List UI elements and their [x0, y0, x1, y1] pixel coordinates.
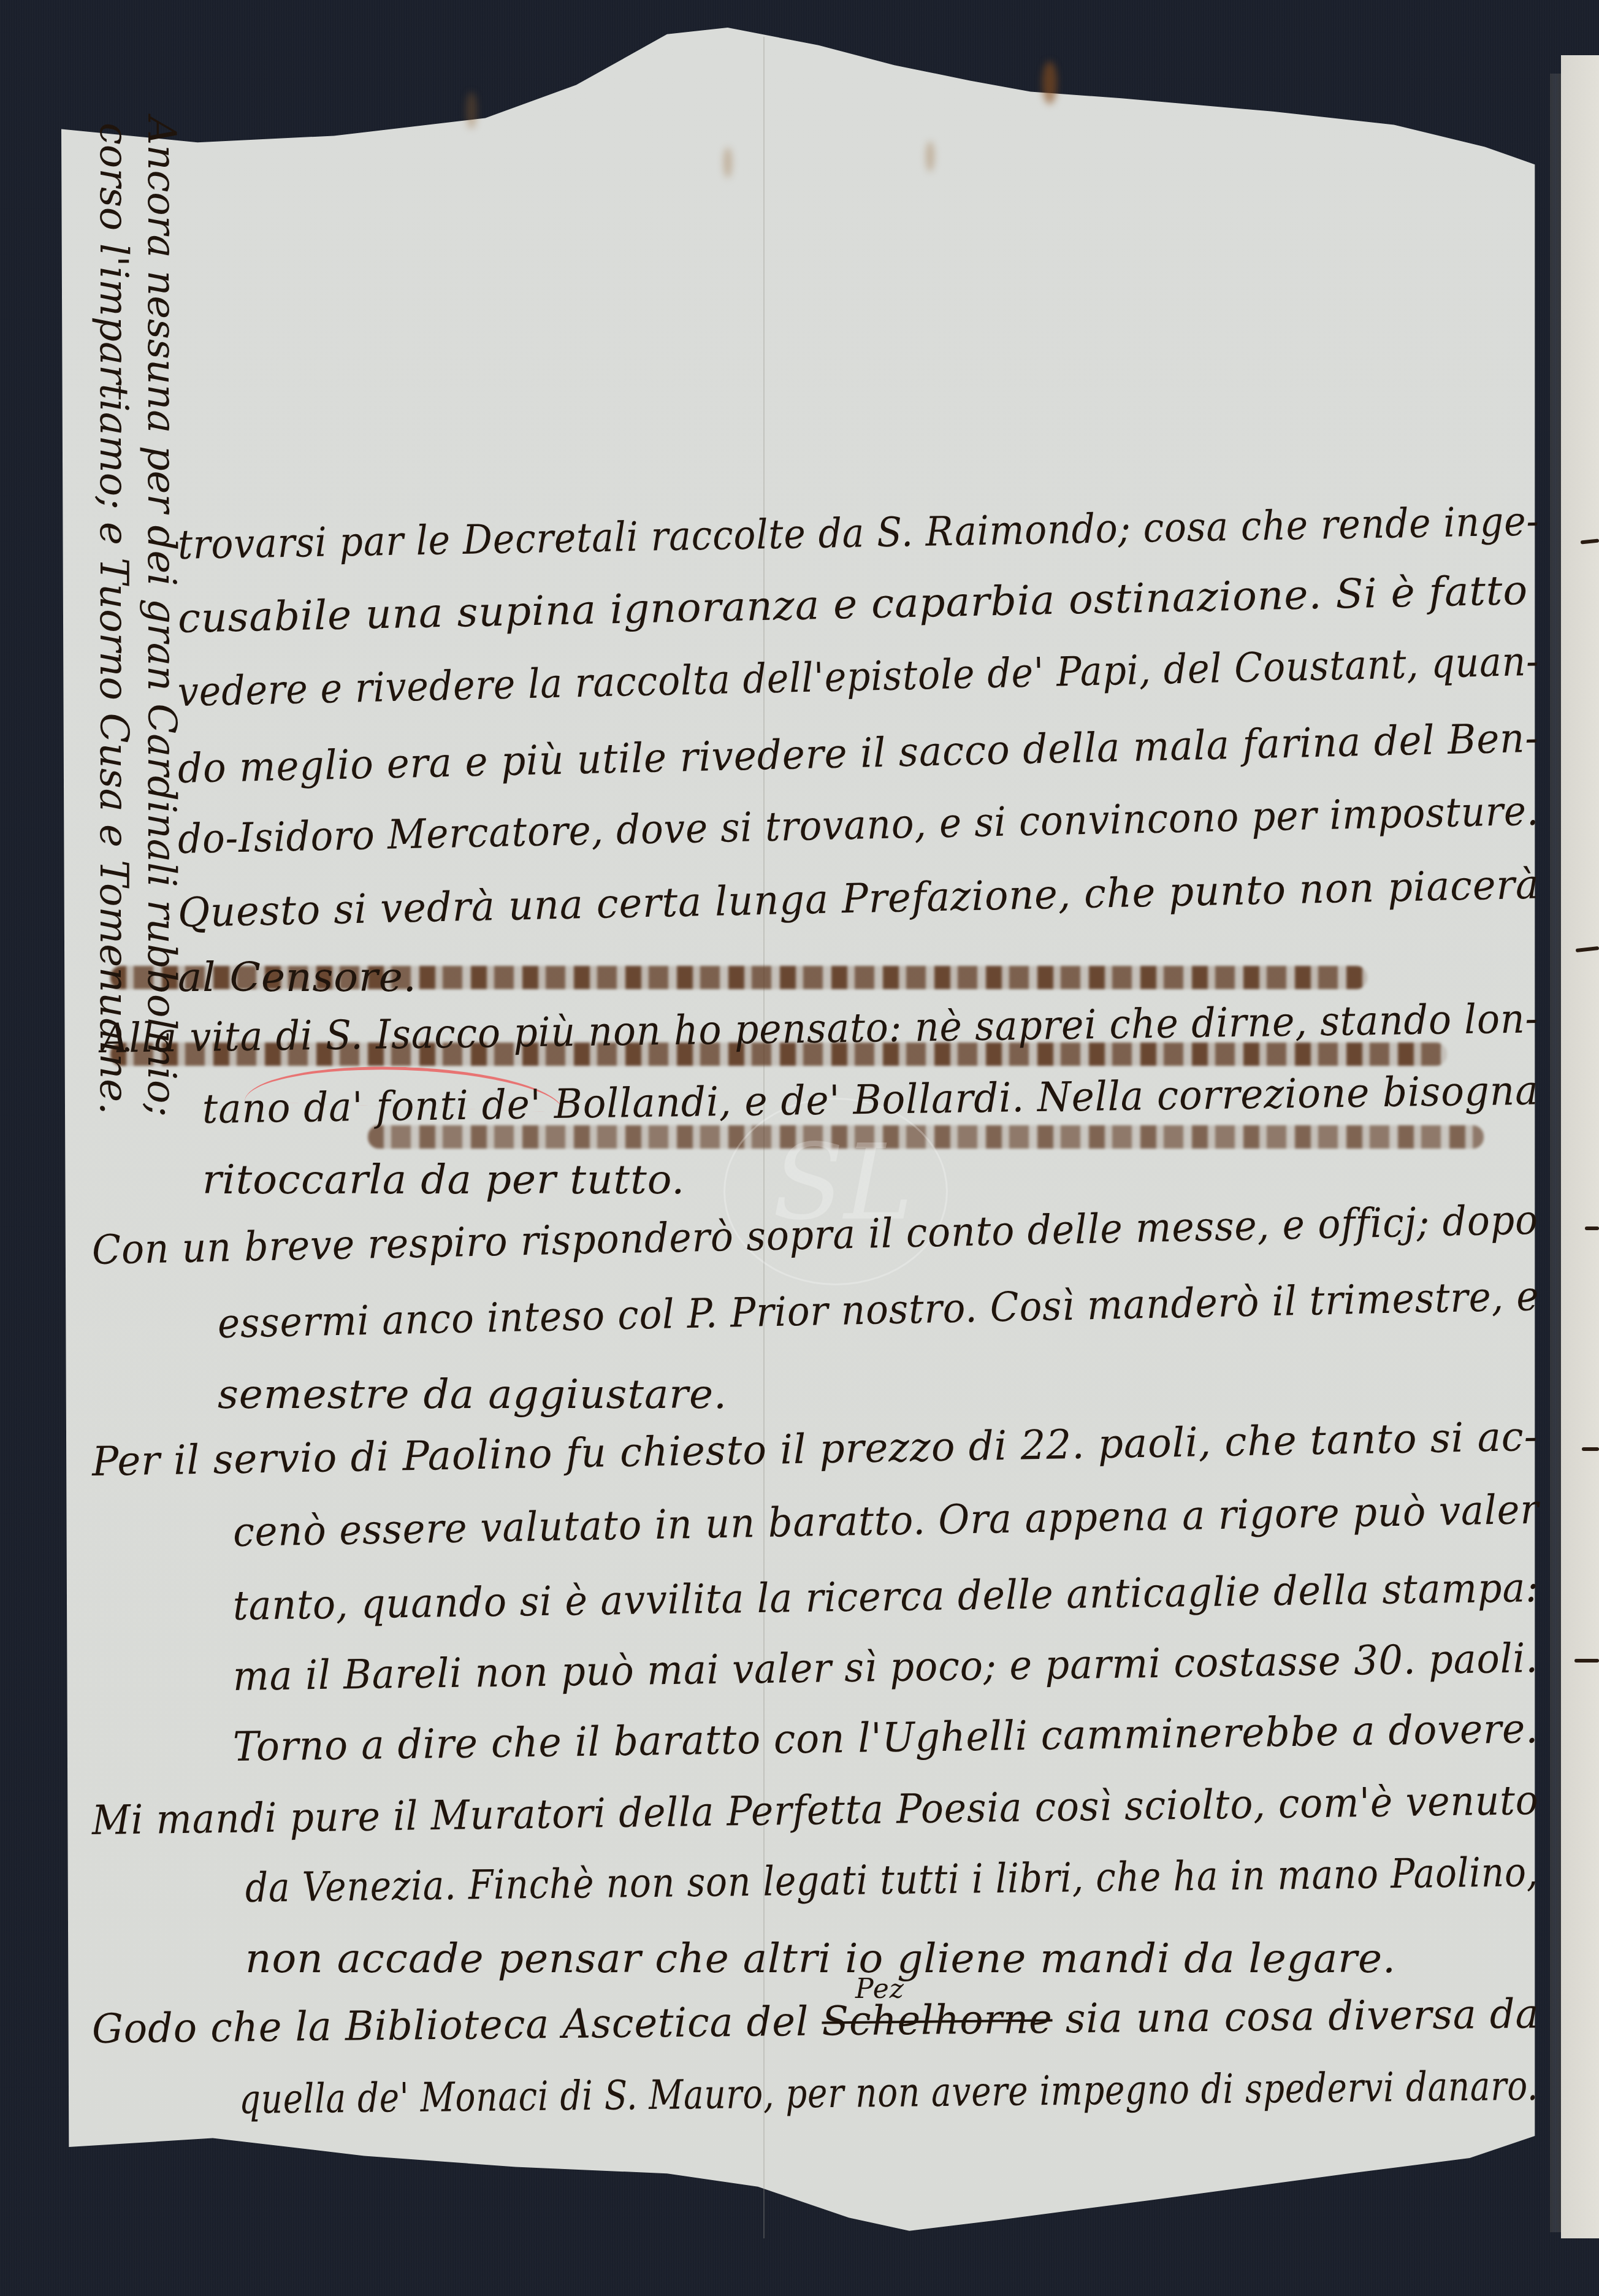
foxing-stain [926, 141, 934, 172]
text-line-22-after: sia una cosa diversa da [1052, 1990, 1540, 2042]
margin-note-2: corso l'impartiamo; e Tuorno Cusa e Tome… [91, 123, 136, 1115]
foxing-stain [1042, 61, 1057, 104]
text-line-10: ritoccarla da per tutto. [202, 1156, 685, 1203]
text-line-21: non accade pensar che altri io gliene ma… [245, 1935, 1396, 1982]
adjacent-leaf-ink [1574, 1659, 1599, 1663]
foxing-stain [723, 147, 732, 178]
adjacent-leaf-ink [1582, 1447, 1599, 1451]
superscript-insertion: Pez [855, 1973, 904, 2005]
text-line-22-before: Godo che la Biblioteca Ascetica del [92, 1998, 822, 2053]
binding-gutter [1550, 74, 1561, 2232]
adjacent-leaf-ink [1585, 1226, 1599, 1230]
adjacent-leaf-edge [1561, 55, 1599, 2238]
margin-note-1: Ancora nessuna per dei gran Cardinali ru… [139, 117, 184, 1117]
foxing-stain [466, 92, 477, 129]
text-line-13: semestre da aggiustare. [218, 1371, 727, 1418]
text-line-7: al Censore. [178, 954, 417, 1001]
